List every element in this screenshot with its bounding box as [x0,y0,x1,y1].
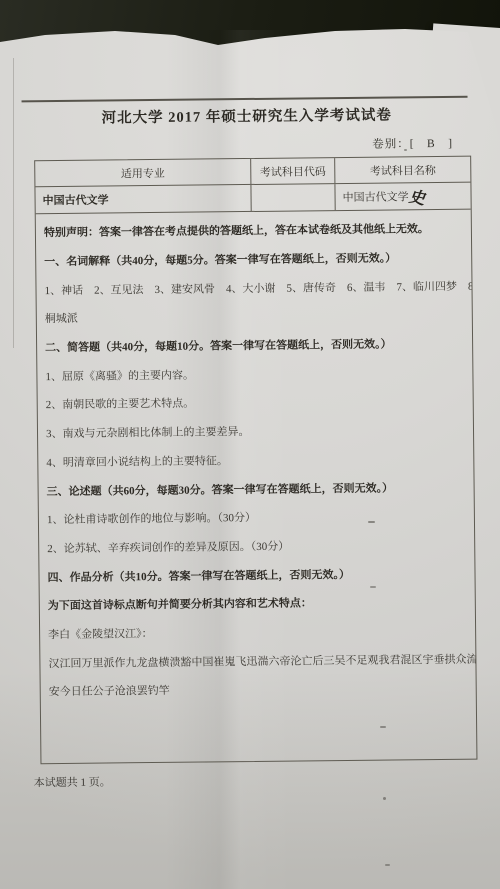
exam-line: 安今日任公子沧浪罢钓竿 [41,673,476,706]
exam-line: 一、名词解释（共40分，每题5分。答案一律写在答题纸上，否则无效。） [36,242,471,275]
photo-speck [385,864,390,866]
volume-label: 卷别：[ B ] [372,135,453,152]
exam-line: 为下面这首诗标点断句并简要分析其内容和艺术特点： [40,587,475,620]
photo-speck [370,586,376,588]
exam-line: 汉江回万里派作九龙盘横溃豁中国崔嵬飞迅湍六帝沦亡后三吴不足观我君混区宇垂拱众流 [40,644,475,677]
footer-note: 本试题共 1 页。 [34,773,111,790]
exam-frame: 适用专业 考试科目代码 考试科目名称 中国古代文学 中国古代文学 史 特别声明：… [34,156,477,765]
header-subject-code: 考试科目代码 [251,158,335,184]
photo-speck [380,726,386,728]
photo-speck [368,521,375,523]
exam-document: 河北大学 2017 年硕士研究生入学考试试卷 卷别：[ B ] 适用专业 考试科… [0,0,500,889]
subject-code-value [251,184,335,211]
exam-line: 特别声明：答案一律答在考点提供的答题纸上，答在本试卷纸及其他纸上无效。 [36,214,471,247]
subject-name-printed: 中国古代文学 [342,188,408,205]
handwritten-note: 史 [406,184,430,209]
exam-line: 1、论杜甫诗歌创作的地位与影响。（30分） [39,501,474,534]
exam-line: 4、明清章回小说结构上的主要特征。 [38,443,473,476]
exam-line: 3、南戏与元杂剧相比体制上的主要差异。 [38,414,473,447]
header-applicable-major: 适用专业 [35,159,251,186]
exam-line: 1、屈原《离骚》的主要内容。 [37,357,472,390]
exam-line: 四、作品分析（共10分。答案一律写在答题纸上，否则无效。） [39,558,474,591]
exam-line: 三、论述题（共60分，每题30分。答案一律写在答题纸上，否则无效。） [38,472,473,505]
page-title: 河北大学 2017 年硕士研究生入学考试试卷 [0,102,497,128]
exam-line: 2、南朝民歌的主要艺术特点。 [38,386,473,419]
photo-speck [404,149,407,151]
photo-background: 河北大学 2017 年硕士研究生入学考试试卷 卷别：[ B ] 适用专业 考试科… [0,0,500,889]
photo-speck [383,797,386,800]
header-subject-name: 考试科目名称 [335,157,470,183]
exam-line: 桐城派 [37,300,472,333]
exam-line: 2、论苏轼、辛弃疾词创作的差异及原因。（30分） [39,529,474,562]
exam-line: 1、神话 2、互见法 3、建安风骨 4、大小谢 5、唐传奇 6、温韦 7、临川四… [36,271,471,304]
exam-line: 二、简答题（共40分，每题10分。答案一律写在答题纸上，否则无效。） [37,328,472,361]
top-rule [22,96,468,103]
applicable-major-value: 中国古代文学 [35,185,251,213]
exam-line: 李白《金陵望汉江》： [40,615,475,648]
exam-body: 特别声明：答案一律答在考点提供的答题纸上，答在本试卷纸及其他纸上无效。一、名词解… [36,210,477,764]
subject-name-value: 中国古代文学 史 [335,183,470,210]
